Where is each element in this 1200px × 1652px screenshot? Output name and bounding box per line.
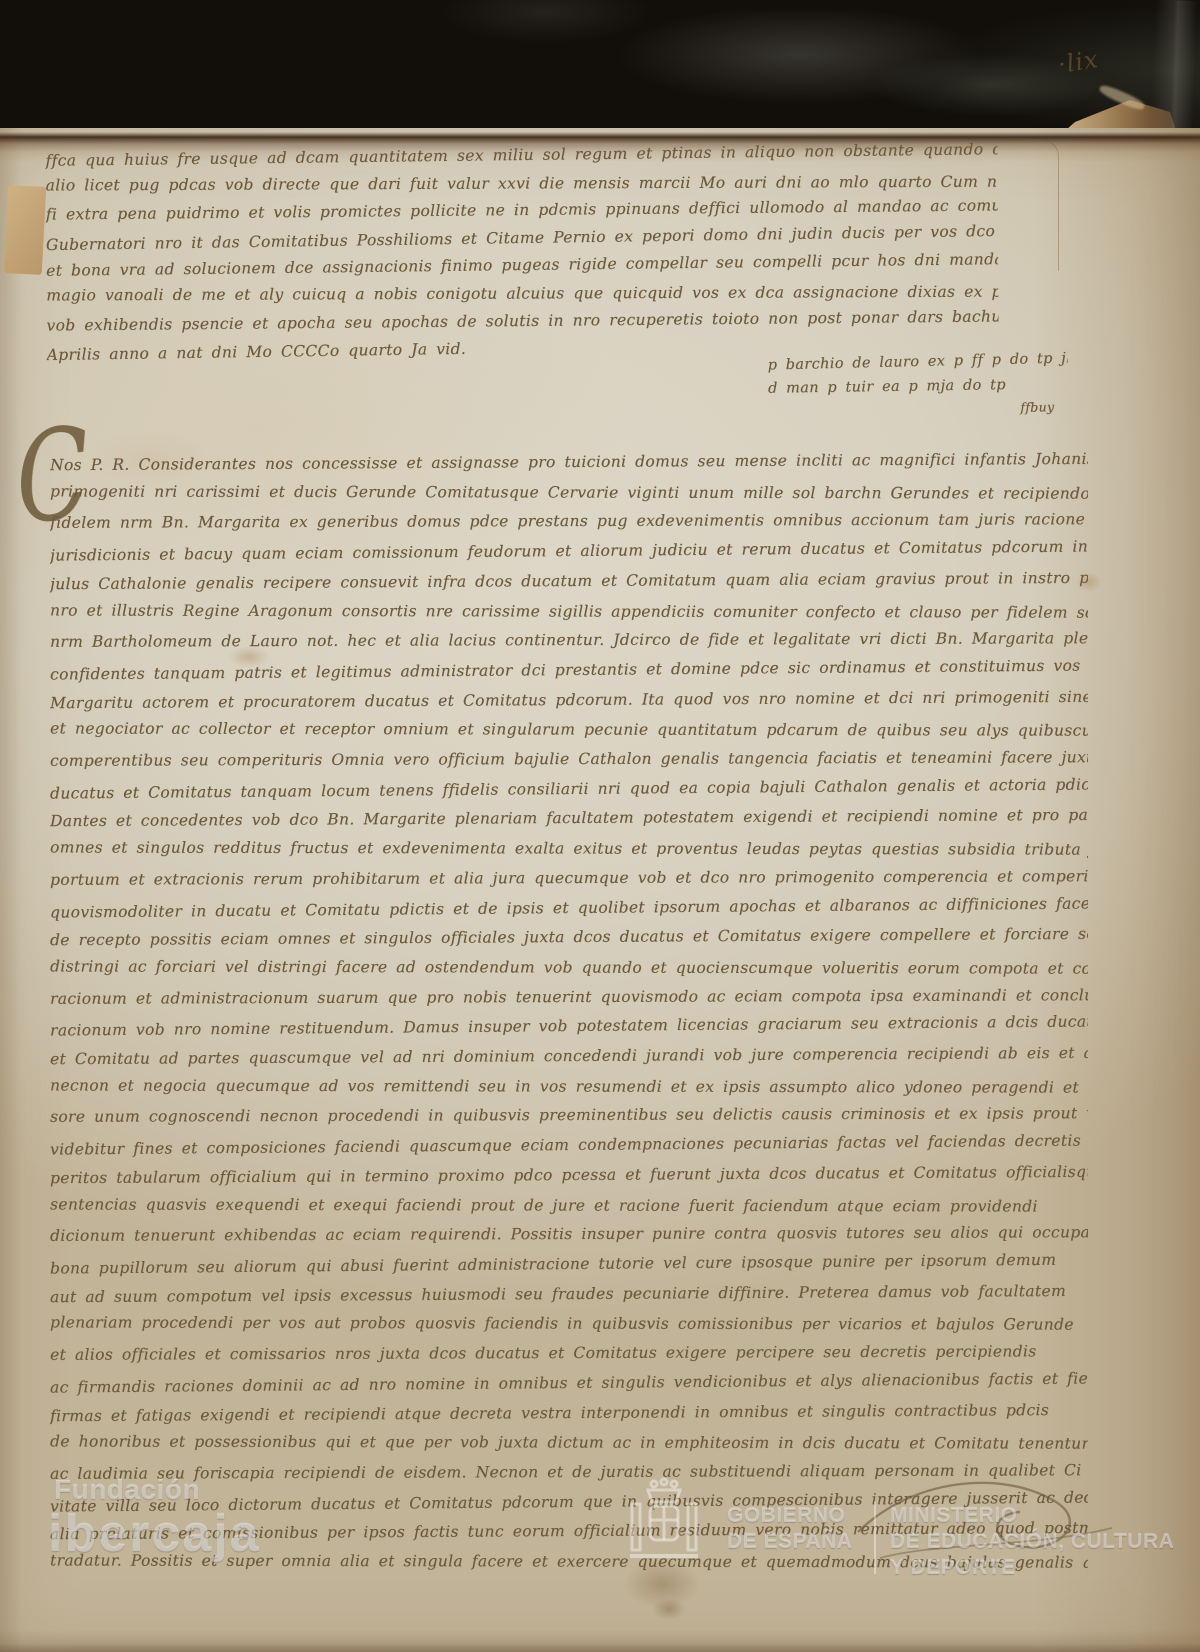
text-line: aut ad suum compotum vel ipsis excessus … bbox=[50, 1277, 1088, 1313]
text-line: primogeniti nri carissimi et ducis Gerun… bbox=[50, 477, 1088, 509]
text-line: julus Cathalonie genalis recipere consue… bbox=[50, 564, 1088, 600]
watermark-ibercaja: ibercaja bbox=[48, 1504, 261, 1564]
text-line: de honoribus et possessionibus qui et qu… bbox=[50, 1428, 1088, 1460]
text-line: firmas et fatigas exigendi et recipiendi… bbox=[50, 1395, 1088, 1431]
text-line: Margaritu actorem et procuratorem ducatu… bbox=[50, 682, 1088, 718]
text-line: necnon et negocia quecumque ad vos remit… bbox=[50, 1071, 1088, 1103]
watermark-ministerio-3: Y DEPORTE bbox=[890, 1556, 1015, 1580]
manuscript-photo: ·lix ffca qua huius fre usque ad dcam qu… bbox=[0, 0, 1200, 1652]
text-line: et Comitatu ad partes quascumque vel ad … bbox=[50, 1039, 1088, 1075]
top-paragraph: ffca qua huius fre usque ad dcam quantit… bbox=[45, 139, 998, 366]
watermark-gobierno: GOBIERNO bbox=[727, 1504, 845, 1528]
spain-coat-of-arms-icon bbox=[626, 1476, 702, 1572]
text-line: plenariam procedendi per vos aut probos … bbox=[50, 1309, 1088, 1341]
watermark-fundacion: Fundación bbox=[54, 1474, 200, 1506]
text-line: nro et illustris Regine Aragonum consort… bbox=[50, 596, 1088, 628]
chancery-note: p barchio de lauro ex p ff p do tp jlod … bbox=[767, 347, 1068, 424]
text-line: Dantes et concedentes vob dco Bn. Margar… bbox=[50, 801, 1088, 837]
watermark-ministerio: MINISTERIO bbox=[890, 1504, 1018, 1528]
text-line: distringi ac forciari vel distringi face… bbox=[50, 952, 1088, 984]
text-line: peritos tabularum officialium qui in ter… bbox=[50, 1158, 1088, 1194]
text-line: ffbuy bbox=[768, 395, 1068, 425]
text-line: de recepto possitis eciam omnes et singu… bbox=[50, 920, 1088, 956]
watermark-divider bbox=[874, 1502, 876, 1574]
watermark-gobierno-2: DE ESPAÑA bbox=[727, 1530, 852, 1554]
text-line: sentencias quasvis exequendi et exequi f… bbox=[50, 1190, 1088, 1222]
text-line: et negociator ac collector et receptor o… bbox=[50, 715, 1088, 747]
main-paragraph: Nos P. R. Considerantes nos concessisse … bbox=[50, 448, 1088, 1577]
underlying-page-edge bbox=[998, 140, 1059, 271]
repair-patch bbox=[4, 185, 47, 275]
watermark-ministerio-2: DE EDUCACIÓN, CULTURA bbox=[890, 1530, 1174, 1554]
text-line: Nos P. R. Considerantes nos concessisse … bbox=[50, 448, 1088, 481]
folio-number: ·lix bbox=[1056, 45, 1100, 79]
text-line: omnes et singulos redditus fructus et ex… bbox=[50, 834, 1088, 866]
